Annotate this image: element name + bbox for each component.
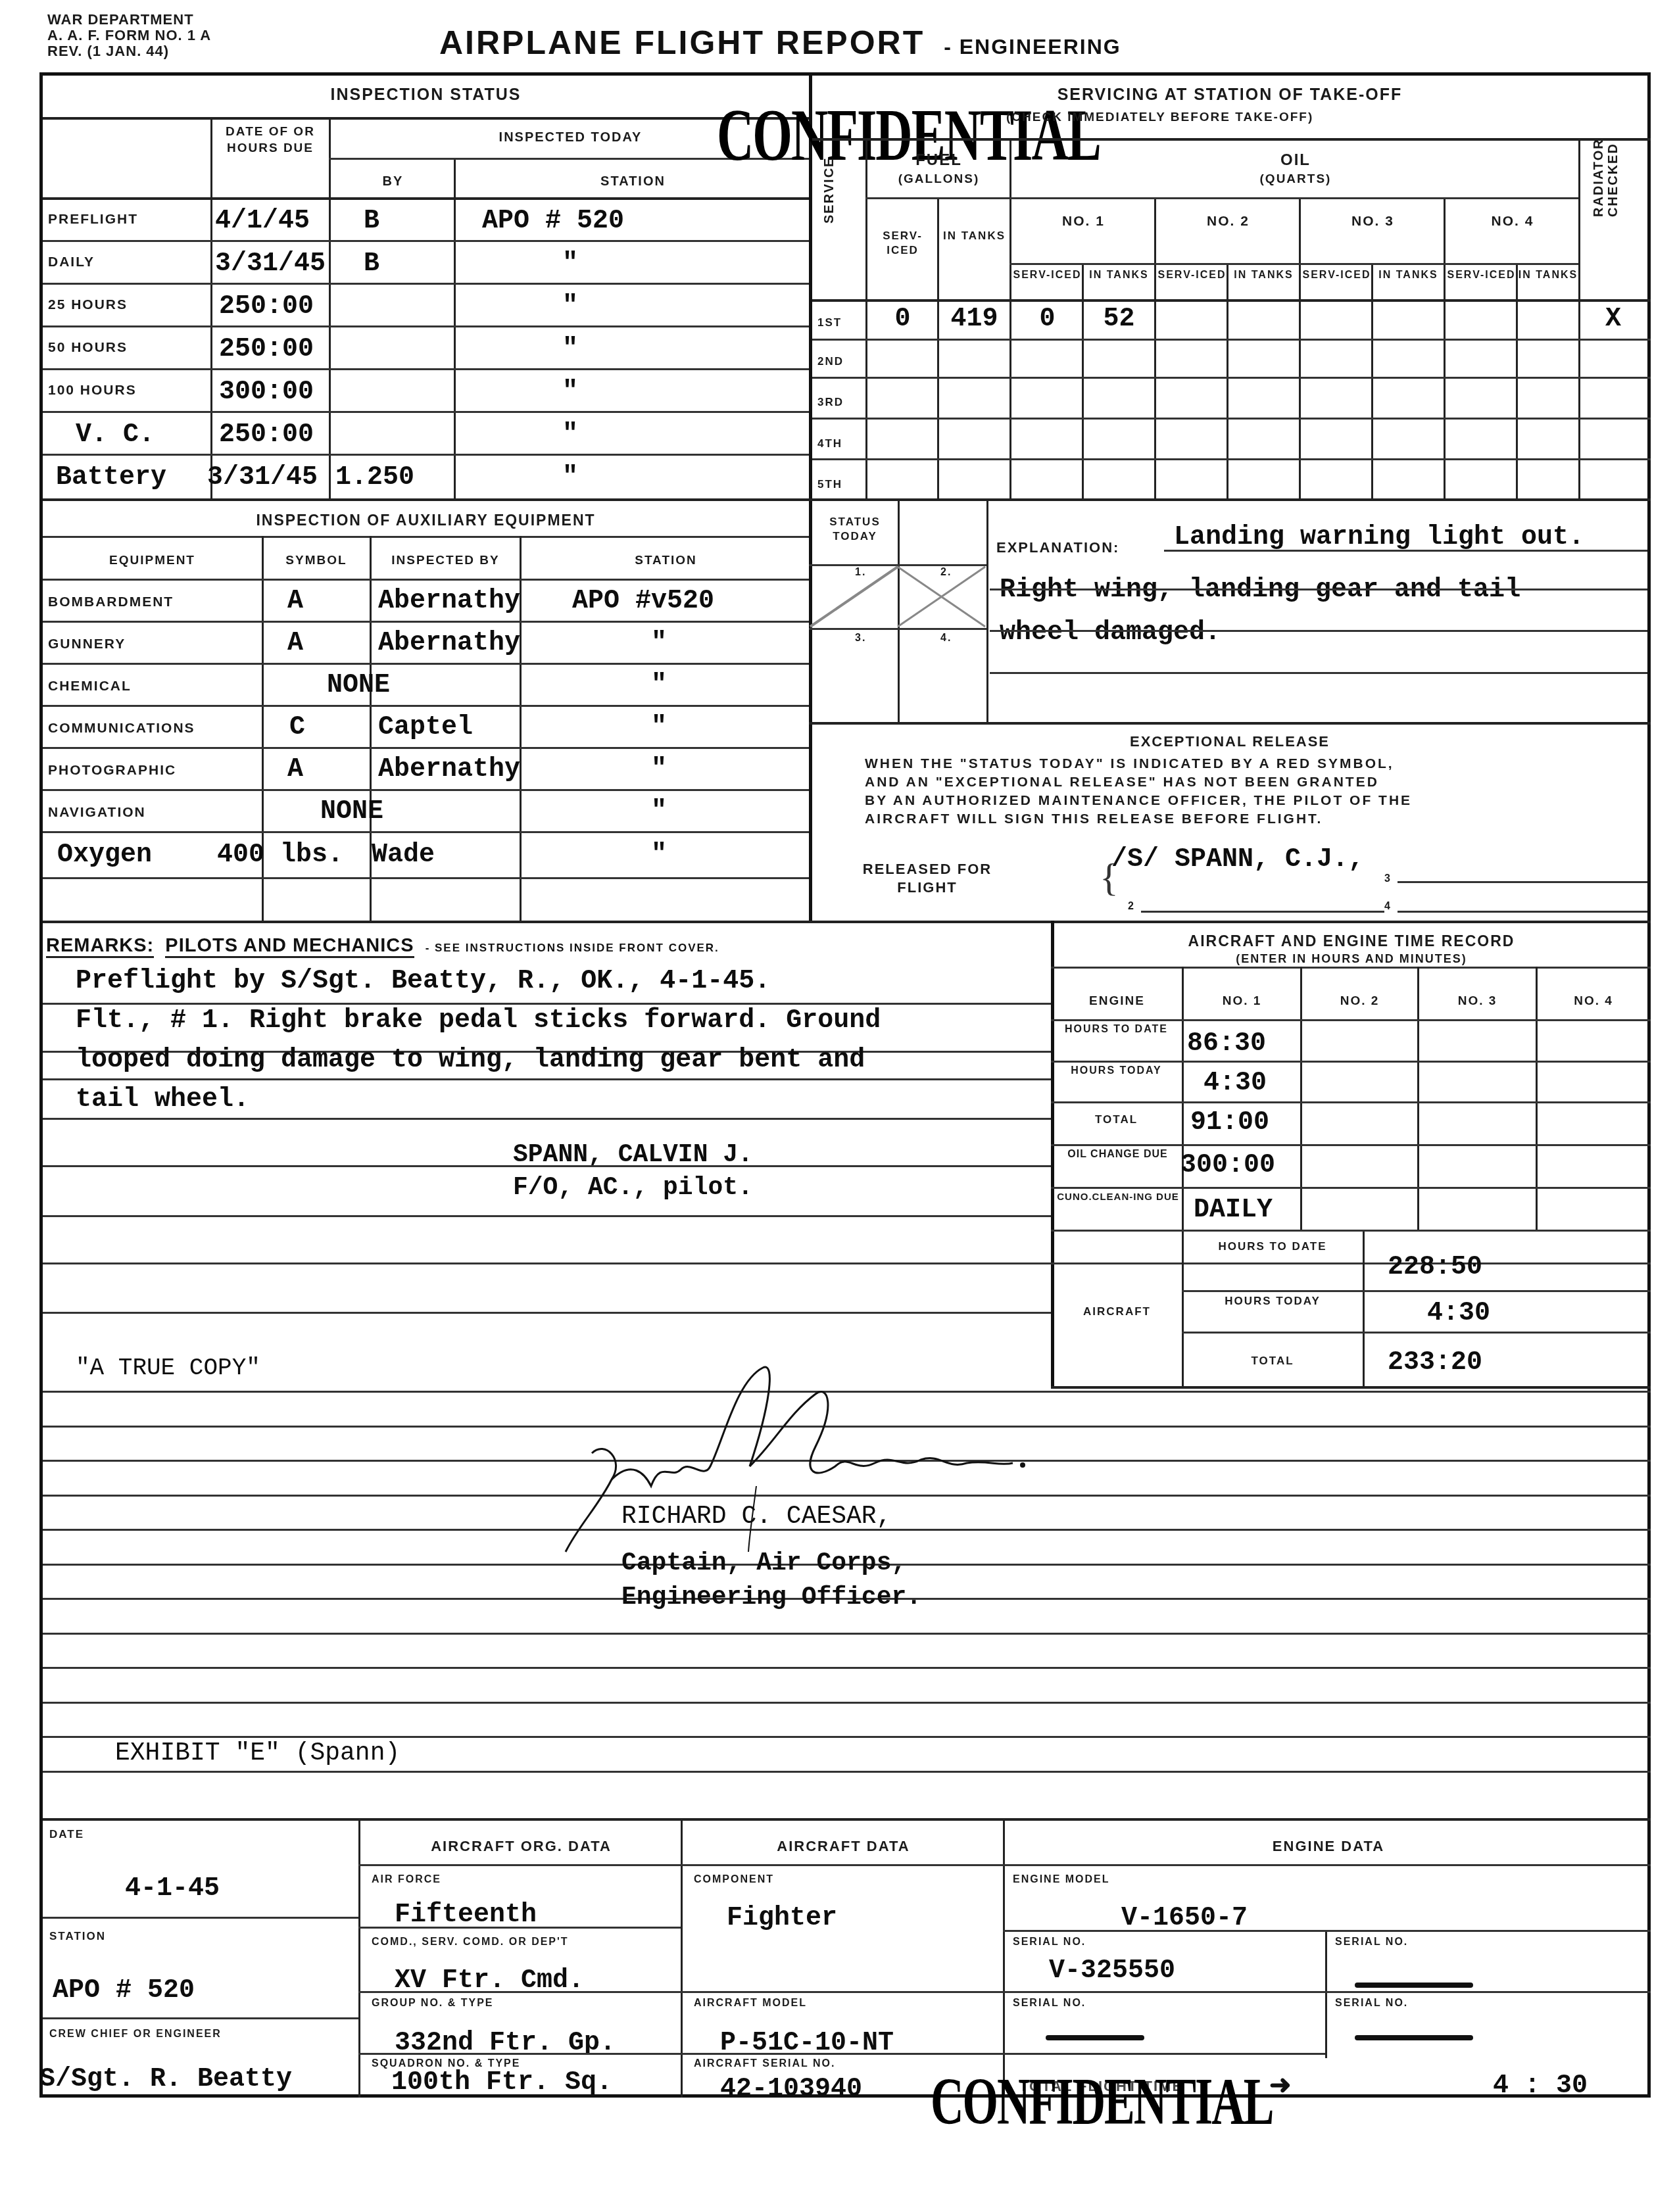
- symbol-value[interactable]: NONE: [327, 671, 390, 700]
- quadrant-4: 4.: [940, 633, 952, 644]
- inspection-status-title: INSPECTION STATUS: [43, 85, 809, 105]
- station-value[interactable]: ": [562, 249, 578, 279]
- row-hours-today-label: HOURS TODAY: [1062, 1064, 1171, 1078]
- remark-line-1[interactable]: Preflight by S/Sgt. Beatty, R., OK., 4-1…: [76, 967, 770, 996]
- remarks-subtitle: PILOTS AND MECHANICS: [165, 935, 414, 958]
- aircraft-label: AIRCRAFT: [1052, 1305, 1182, 1318]
- engine-serial-label-4: SERIAL NO.: [1335, 1998, 1408, 2009]
- col-engine: ENGINE: [1052, 994, 1182, 1009]
- service-row-label: 4TH: [817, 437, 842, 450]
- equipment-name: NAVIGATION: [48, 805, 146, 821]
- form-revision: REV. (1 JAN. 44): [47, 43, 211, 59]
- footer-date-value[interactable]: 4-1-45: [125, 1874, 220, 1904]
- air-force-value[interactable]: Fifteenth: [395, 1900, 537, 1930]
- station-value[interactable]: ": [562, 377, 578, 407]
- aircraft-total[interactable]: 233:20: [1388, 1348, 1482, 1378]
- remarks-header: REMARKS: PILOTS AND MECHANICS - SEE INST…: [46, 935, 719, 957]
- station-value[interactable]: ": [562, 335, 578, 364]
- engine-serial-4-dash: [1355, 2035, 1473, 2040]
- symbol-value[interactable]: NONE: [320, 797, 383, 827]
- quadrant-3: 3.: [855, 633, 866, 644]
- equipment-name: COMMUNICATIONS: [48, 721, 195, 736]
- inspected-by-value[interactable]: Abernathy: [378, 629, 520, 658]
- symbol-value[interactable]: C: [289, 713, 305, 742]
- remarks-title: REMARKS:: [46, 935, 154, 958]
- title-text: AIRPLANE FLIGHT REPORT: [439, 24, 925, 61]
- equipment-name: PHOTOGRAPHIC: [48, 763, 176, 779]
- engine-no3-header: NO. 3: [1419, 994, 1536, 1009]
- confidential-stamp-bottom: CONFIDENTIAL: [931, 2065, 1273, 2141]
- footer-station-label: STATION: [49, 1930, 106, 1943]
- symbol-value[interactable]: 400 lbs.: [217, 840, 343, 870]
- service-label: SERVICE: [822, 132, 837, 224]
- service-row-label: 5TH: [817, 478, 842, 491]
- service-row-label: 3RD: [817, 396, 844, 409]
- component-label: COMPONENT: [694, 1874, 774, 1886]
- aircraft-hours-to-date[interactable]: 228:50: [1388, 1253, 1482, 1282]
- engine-serial-label-3: SERIAL NO.: [1013, 1998, 1086, 2009]
- explanation-line-3[interactable]: wheel damaged.: [1000, 618, 1221, 648]
- release-slot-2: 2: [1128, 901, 1135, 913]
- engine1-hours-today[interactable]: 4:30: [1203, 1069, 1267, 1098]
- col-date-due: DATE OF OR HOURS DUE: [214, 124, 327, 156]
- servicing-title: SERVICING AT STATION OF TAKE-OFF: [812, 85, 1647, 105]
- aux-equipment-title: INSPECTION OF AUXILIARY EQUIPMENT: [43, 512, 809, 529]
- explanation-line-1[interactable]: Landing warning light out.: [1174, 523, 1584, 552]
- release-text-line: AIRCRAFT WILL SIGN THIS RELEASE BEFORE F…: [865, 810, 1412, 829]
- oil-no2-header: NO. 2: [1157, 214, 1299, 229]
- oil-label: OIL: [1013, 151, 1578, 170]
- remark-line-4[interactable]: tail wheel.: [76, 1085, 249, 1115]
- exceptional-release-text: WHEN THE "STATUS TODAY" IS INDICATED BY …: [865, 755, 1412, 829]
- aircraft-hours-today[interactable]: 4:30: [1427, 1299, 1490, 1328]
- org-data-title: AIRCRAFT ORG. DATA: [362, 1838, 681, 1855]
- aircraft-total-label: TOTAL: [1184, 1355, 1361, 1368]
- row-label: 25 HOURS: [48, 297, 128, 313]
- due-value[interactable]: 250:00: [219, 420, 314, 450]
- total-flight-time-value[interactable]: 4 : 30: [1493, 2071, 1588, 2101]
- engine-no2-header: NO. 2: [1302, 994, 1417, 1009]
- oil-no4-header: NO. 4: [1447, 214, 1578, 229]
- aux-row: GUNNERY A Abernathy ": [43, 621, 809, 663]
- form-id-block: WAR DEPARTMENT A. A. F. FORM NO. 1 A REV…: [47, 12, 211, 59]
- engine-data-title: ENGINE DATA: [1006, 1838, 1651, 1855]
- engine-serial-label-2: SERIAL NO.: [1335, 1936, 1408, 1948]
- service-row-label: 1ST: [817, 316, 842, 329]
- aux-station-value[interactable]: ": [651, 671, 667, 700]
- footer-date-label: DATE: [49, 1828, 84, 1841]
- oil3-in-tanks-header: IN TANKS: [1373, 268, 1444, 283]
- component-value[interactable]: Fighter: [727, 1904, 837, 1933]
- air-force-label: AIR FORCE: [372, 1874, 441, 1886]
- oil4-serviced-header: SERV-ICED: [1447, 268, 1516, 283]
- engine-serial-value-1[interactable]: V-325550: [1049, 1956, 1175, 1986]
- oil3-serviced-header: SERV-ICED: [1302, 268, 1371, 283]
- handwritten-signature-icon: [539, 1355, 1131, 1565]
- exceptional-release-title: EXCEPTIONAL RELEASE: [812, 733, 1647, 750]
- footer-crew-label: CREW CHIEF OR ENGINEER: [49, 2029, 222, 2040]
- released-for-flight-label: RELEASED FOR FLIGHT: [855, 860, 1000, 897]
- oil-no1-header: NO. 1: [1013, 214, 1154, 229]
- time-record-title: AIRCRAFT AND ENGINE TIME RECORD: [1056, 932, 1647, 950]
- engine-serial-2-dash: [1355, 1983, 1473, 1988]
- aircraft-data-title: AIRCRAFT DATA: [684, 1838, 1003, 1855]
- status-diagonal-x-icon: [809, 564, 986, 630]
- row-label: 100 HOURS: [48, 383, 137, 398]
- aux-station-value[interactable]: ": [651, 840, 667, 870]
- release-text-line: BY AN AUTHORIZED MAINTENANCE OFFICER, TH…: [865, 792, 1412, 810]
- row-hours-to-date-label: HOURS TO DATE: [1062, 1022, 1171, 1037]
- inspected-by-value[interactable]: Abernathy: [378, 755, 520, 784]
- pilot-release-signature[interactable]: /S/ SPANN, C.J.,: [1111, 845, 1364, 875]
- footer-crew-value[interactable]: S/Sgt. R. Beatty: [39, 2065, 292, 2094]
- engine-serial-label-1: SERIAL NO.: [1013, 1936, 1086, 1948]
- table-row: 50 HOURS 250:00 ": [43, 325, 809, 368]
- fuel-in-tanks-header: IN TANKS: [939, 229, 1009, 243]
- table-row: Battery 3/31/45 1.250 ": [43, 454, 809, 498]
- service-row-label: 2ND: [817, 355, 844, 368]
- aux-row: PHOTOGRAPHIC A Abernathy ": [43, 747, 809, 789]
- table-row: DAILY 3/31/45 B ": [43, 240, 809, 283]
- footer-station-value[interactable]: APO # 520: [53, 1976, 195, 2006]
- aux-station-value[interactable]: APO #v520: [572, 587, 714, 616]
- oil-no3-header: NO. 3: [1302, 214, 1444, 229]
- oil2-in-tanks-header: IN TANKS: [1228, 268, 1299, 283]
- col-aux-station: STATION: [523, 554, 809, 568]
- inspected-by-value[interactable]: Captel: [378, 713, 473, 742]
- row-label: PREFLIGHT: [48, 212, 138, 228]
- row-label: V. C.: [76, 420, 155, 450]
- remark-signer-title: F/O, AC., pilot.: [513, 1174, 753, 1202]
- release-text-line: WHEN THE "STATUS TODAY" IS INDICATED BY …: [865, 755, 1412, 773]
- remark-line-3[interactable]: looped doing damage to wing, landing gea…: [76, 1046, 865, 1075]
- aux-station-value[interactable]: ": [651, 755, 667, 784]
- inspected-by-value[interactable]: Wade: [372, 840, 435, 870]
- station-value[interactable]: ": [562, 420, 578, 450]
- release-slot-3: 3: [1384, 873, 1392, 885]
- table-row: 100 HOURS 300:00 ": [43, 368, 809, 411]
- page-title: AIRPLANE FLIGHT REPORT - ENGINEERING: [439, 24, 1121, 62]
- row-total-label: TOTAL: [1062, 1113, 1171, 1126]
- due-value[interactable]: 3/31/45: [207, 463, 318, 493]
- engine1-hours-to-date[interactable]: 86:30: [1187, 1029, 1266, 1059]
- oil1-serviced-header: SERV-ICED: [1013, 268, 1082, 283]
- station-value[interactable]: ": [562, 292, 578, 322]
- by-value[interactable]: 1.250: [335, 463, 414, 493]
- engine-model-value[interactable]: V-1650-7: [1121, 1904, 1248, 1933]
- release-slot-4: 4: [1384, 901, 1392, 913]
- aux-row: CHEMICAL NONE ": [43, 663, 809, 705]
- equipment-name: Oxygen: [57, 840, 152, 870]
- station-value[interactable]: APO # 520: [482, 206, 624, 236]
- oil1-serviced[interactable]: 0: [1013, 304, 1082, 334]
- oil-unit: (QUARTS): [1013, 172, 1578, 187]
- certifier-role: Engineering Officer.: [621, 1583, 921, 1612]
- col-inspected-by: INSPECTED BY: [372, 554, 520, 568]
- row-label: 50 HOURS: [48, 340, 128, 356]
- engine-serial-3-dash: [1046, 2035, 1144, 2040]
- certifier-name: RICHARD C. CAESAR,: [621, 1503, 891, 1531]
- symbol-value[interactable]: A: [287, 587, 303, 616]
- radiator-label: RADIATOR CHECKED: [1592, 145, 1620, 217]
- station-value[interactable]: ": [562, 463, 578, 493]
- equipment-name: GUNNERY: [48, 637, 126, 652]
- oil2-serviced-header: SERV-ICED: [1157, 268, 1227, 283]
- service-row: 1ST 0 419 0 52 X: [812, 299, 1651, 339]
- fuel-unit: (GALLONS): [868, 172, 1009, 187]
- due-value[interactable]: 250:00: [219, 335, 314, 364]
- radiator-checked[interactable]: X: [1580, 304, 1646, 334]
- aux-row: Oxygen 400 lbs. Wade ": [43, 831, 809, 877]
- command-label: COMD., SERV. COMD. OR DEP'T: [372, 1936, 569, 1948]
- row-cuno-cleaning-label: CUNO.CLEAN-ING DUE: [1056, 1190, 1180, 1205]
- exhibit-label: EXHIBIT "E" (Spann): [115, 1739, 400, 1767]
- col-by: BY: [332, 174, 454, 189]
- aircraft-model-value[interactable]: P-51C-10-NT: [720, 2029, 894, 2058]
- oil4-in-tanks-header: IN TANKS: [1518, 268, 1578, 283]
- table-row: V. C. 250:00 ": [43, 411, 809, 454]
- fuel-serviced[interactable]: 0: [868, 304, 937, 334]
- engine-no4-header: NO. 4: [1538, 994, 1649, 1009]
- form-dept: WAR DEPARTMENT: [47, 12, 211, 28]
- row-label: DAILY: [48, 254, 95, 270]
- engine1-total[interactable]: 91:00: [1190, 1108, 1269, 1138]
- by-value[interactable]: B: [364, 249, 379, 279]
- aux-row: NAVIGATION NONE ": [43, 789, 809, 831]
- aircraft-hours-today-label: HOURS TODAY: [1184, 1294, 1361, 1309]
- col-equipment: EQUIPMENT: [43, 554, 262, 568]
- aux-station-value[interactable]: ": [651, 629, 667, 658]
- symbol-value[interactable]: A: [287, 755, 303, 784]
- status-today-title: STATUS TODAY: [812, 515, 898, 544]
- engine-no1-header: NO. 1: [1184, 994, 1300, 1009]
- by-value[interactable]: B: [364, 206, 379, 236]
- remark-line-2[interactable]: Flt., # 1. Right brake pedal sticks forw…: [76, 1006, 881, 1036]
- explanation-label: EXPLANATION:: [996, 539, 1119, 556]
- due-value[interactable]: 250:00: [219, 292, 314, 322]
- due-value[interactable]: 300:00: [219, 377, 314, 407]
- symbol-value[interactable]: A: [287, 629, 303, 658]
- aircraft-serial-value[interactable]: 42-103940: [720, 2075, 862, 2104]
- engine-model-label: ENGINE MODEL: [1013, 1874, 1110, 1886]
- due-value[interactable]: 3/31/45: [215, 249, 326, 279]
- oil1-in-tanks[interactable]: 52: [1084, 304, 1154, 334]
- squadron-value[interactable]: 100th Ftr. Sq.: [391, 2068, 612, 2098]
- certifier-rank: Captain, Air Corps,: [621, 1549, 906, 1577]
- aircraft-model-label: AIRCRAFT MODEL: [694, 1998, 807, 2009]
- true-copy-label: "A TRUE COPY": [76, 1355, 260, 1382]
- table-row: 25 HOURS 250:00 ": [43, 283, 809, 325]
- remarks-note: - SEE INSTRUCTIONS INSIDE FRONT COVER.: [425, 942, 719, 954]
- time-record-subtitle: (ENTER IN HOURS AND MINUTES): [1056, 952, 1647, 966]
- engine1-cuno-cleaning-due[interactable]: DAILY: [1194, 1195, 1273, 1225]
- table-row: PREFLIGHT 4/1/45 B APO # 520: [43, 197, 809, 240]
- fuel-label: FUEL: [868, 151, 1009, 170]
- aux-station-value[interactable]: ": [651, 797, 667, 827]
- col-symbol: SYMBOL: [263, 554, 370, 568]
- row-oil-change-label: OIL CHANGE DUE: [1057, 1147, 1179, 1162]
- fuel-serviced-header: SERV-ICED: [868, 229, 937, 258]
- aircraft-hours-to-date-label: HOURS TO DATE: [1184, 1239, 1361, 1254]
- due-value[interactable]: 4/1/45: [215, 206, 310, 236]
- row-label: Battery: [56, 463, 166, 493]
- engine1-oil-change-due[interactable]: 300:00: [1180, 1151, 1275, 1180]
- release-text-line: AND AN "EXCEPTIONAL RELEASE" HAS NOT BEE…: [865, 773, 1412, 792]
- inspected-by-value[interactable]: Abernathy: [378, 587, 520, 616]
- oil1-in-tanks-header: IN TANKS: [1084, 268, 1154, 283]
- equipment-name: BOMBARDMENT: [48, 594, 174, 610]
- form-number: A. A. F. FORM NO. 1 A: [47, 28, 211, 43]
- group-label: GROUP NO. & TYPE: [372, 1998, 494, 2009]
- fuel-in-tanks[interactable]: 419: [939, 304, 1009, 334]
- aux-station-value[interactable]: ": [651, 713, 667, 742]
- title-subtitle: - ENGINEERING: [944, 35, 1121, 59]
- equipment-name: CHEMICAL: [48, 679, 132, 694]
- aircraft-serial-label: AIRCRAFT SERIAL NO.: [694, 2058, 835, 2070]
- servicing-subtitle: (CHECK IMMEDIATELY BEFORE TAKE-OFF): [1006, 110, 1313, 125]
- aux-row: BOMBARDMENT A Abernathy APO #v520: [43, 579, 809, 621]
- aux-row: COMMUNICATIONS C Captel ": [43, 705, 809, 747]
